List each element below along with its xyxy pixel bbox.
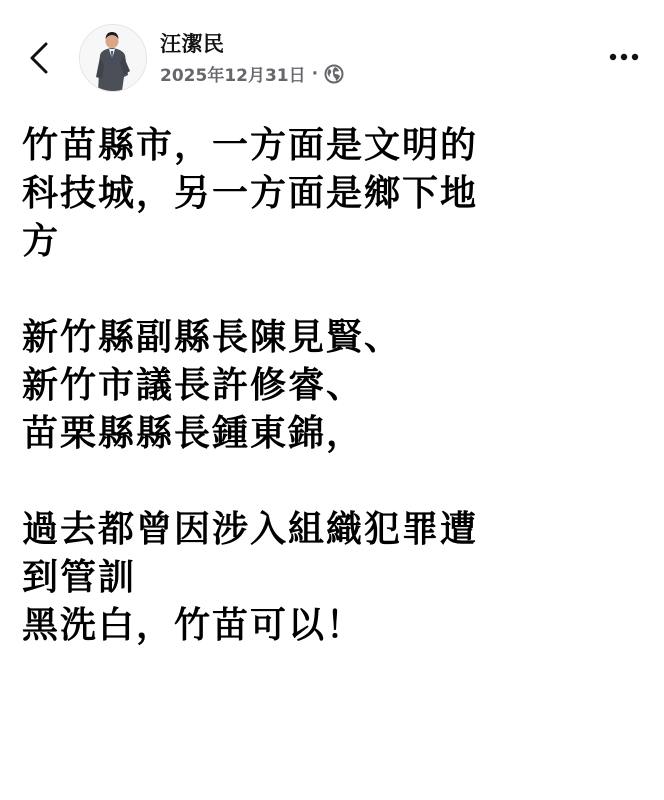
more-options-button[interactable]	[604, 44, 644, 68]
profile-photo	[80, 25, 146, 91]
post-meta: 2025年12月31日 ·	[160, 61, 344, 86]
avatar[interactable]	[79, 24, 147, 92]
back-button[interactable]	[26, 40, 54, 76]
chevron-left-icon	[26, 40, 54, 76]
author-name[interactable]: 汪潔民	[160, 28, 225, 58]
post-paragraph: 竹苗縣市，一方面是文明的 科技城，另一方面是鄉下地 方	[22, 122, 642, 266]
post-paragraph: 新竹縣副縣長陳見賢、 新竹市議長許修睿、 苗栗縣縣長鍾東錦，	[22, 314, 642, 458]
post-timestamp[interactable]: 2025年12月31日	[160, 61, 306, 86]
meta-separator: ·	[312, 64, 318, 84]
more-horizontal-icon	[604, 44, 644, 68]
globe-icon[interactable]	[324, 64, 344, 84]
post-body: 竹苗縣市，一方面是文明的 科技城，另一方面是鄉下地 方 新竹縣副縣長陳見賢、 新…	[22, 122, 642, 650]
post-header: 汪潔民 2025年12月31日 ·	[0, 0, 664, 110]
post-paragraph: 過去都曾因涉入組織犯罪遭 到管訓 黑洗白，竹苗可以！	[22, 506, 642, 650]
